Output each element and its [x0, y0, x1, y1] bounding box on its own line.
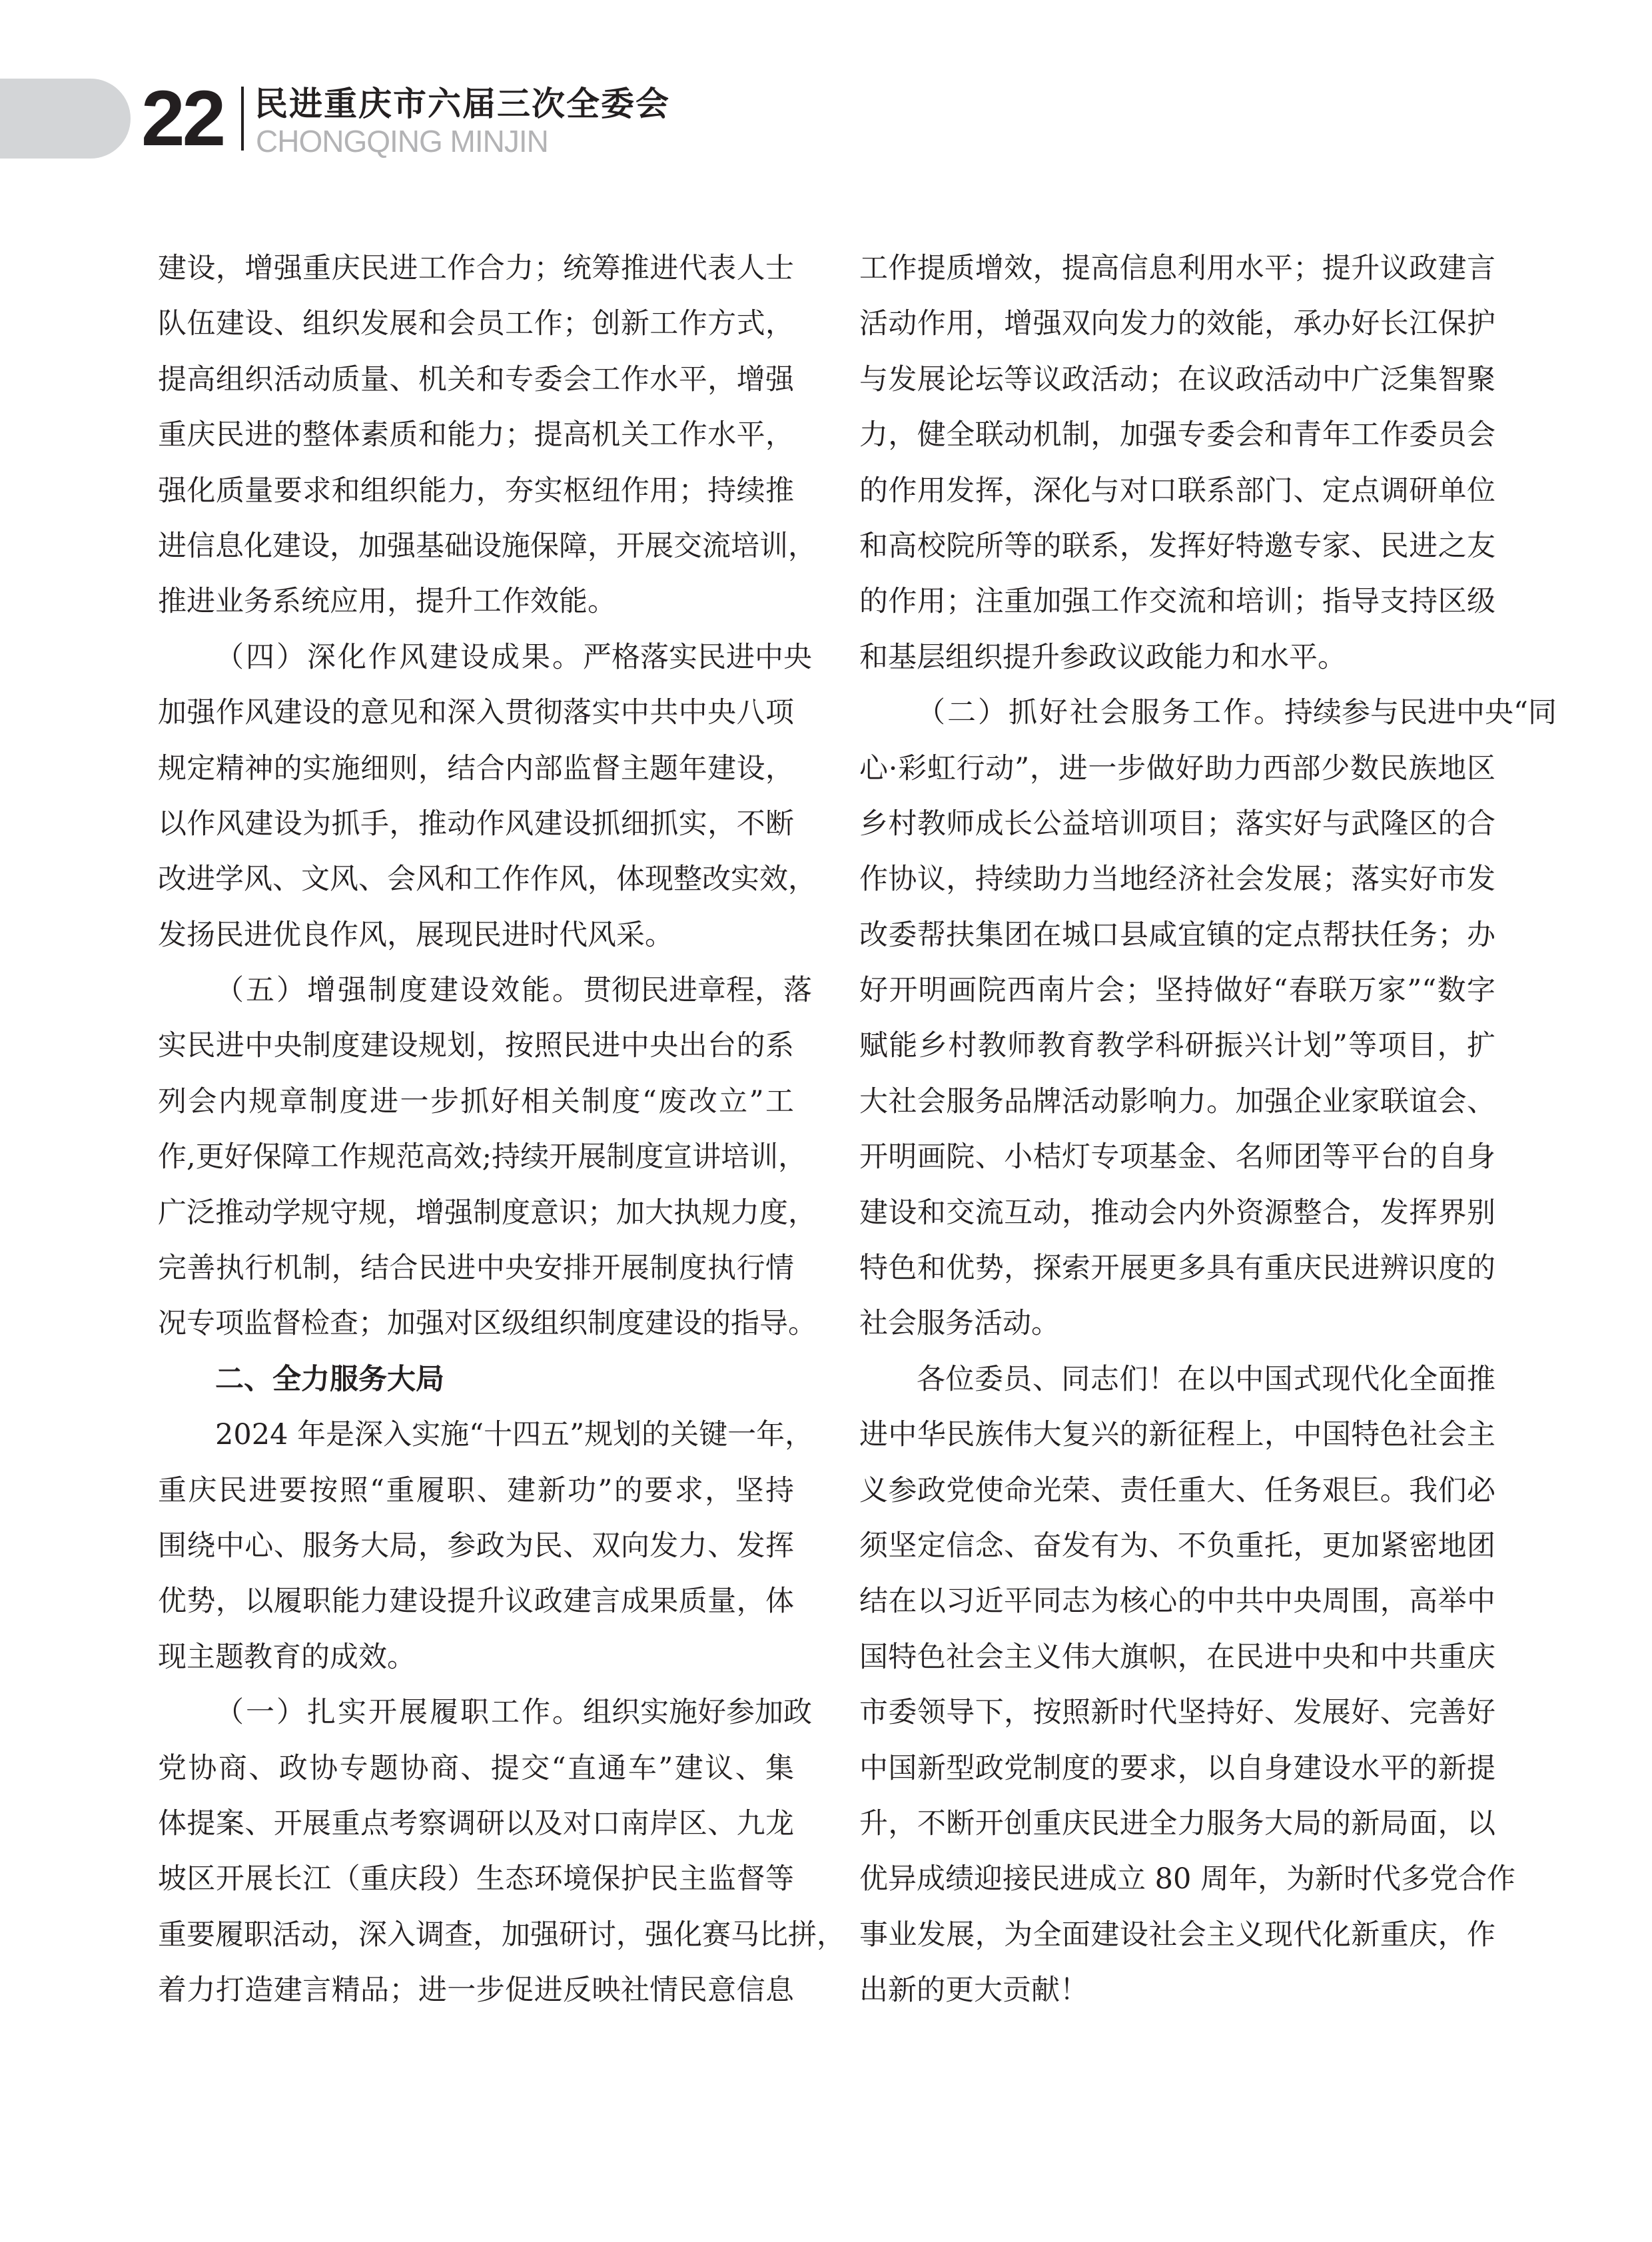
text-line: 出新的更大贡献！	[859, 1963, 1495, 2018]
text-line: 现主题教育的成效。	[158, 1630, 794, 1685]
text-line: 大社会服务品牌活动影响力。加强企业家联谊会、	[859, 1074, 1495, 1130]
line-text: 优异成绩迎接民进成立 80 周年，为新时代多党合作	[859, 1862, 1515, 1896]
line-text: 发扬民进优良作风，展现民进时代风采。	[158, 919, 673, 952]
line-text: 的作用发挥，深化与对口联系部门、定点调研单位	[859, 474, 1495, 508]
text-line: 完善执行机制，结合民进中央安排开展制度执行情	[158, 1241, 794, 1296]
line-text: 进中华民族伟大复兴的新征程上，中国特色社会主	[859, 1418, 1495, 1451]
line-text: 义参政党使命光荣、责任重大、任务艰巨。我们必	[859, 1474, 1495, 1507]
text-line: 围绕中心、服务大局，参政为民、双向发力、发挥	[158, 1519, 794, 1574]
line-text: 赋能乡村教师教育教学科研振兴计划”等项目，扩	[859, 1029, 1495, 1062]
line-text: 组织实施好参加政	[583, 1696, 812, 1729]
line-text: 体提案、开展重点考察调研以及对口南岸区、九龙	[158, 1807, 794, 1840]
section-heading: 二、全力服务大局	[158, 1352, 794, 1407]
line-text: 围绕中心、服务大局，参政为民、双向发力、发挥	[158, 1529, 794, 1563]
line-text: 贯彻民进章程，落	[583, 974, 812, 1007]
text-line: 作,更好保障工作规范高效;持续开展制度宣讲培训，	[158, 1130, 794, 1185]
text-line: 强化质量要求和组织能力，夯实枢纽作用；持续推	[158, 464, 794, 519]
text-line: 升，不断开创重庆民进全力服务大局的新局面，以	[859, 1796, 1495, 1852]
line-text: 力，健全联动机制，加强专委会和青年工作委员会	[859, 418, 1495, 452]
text-line: 优势，以履职能力建设提升议政建言成果质量，体	[158, 1574, 794, 1629]
line-text: 优势，以履职能力建设提升议政建言成果质量，体	[158, 1585, 794, 1618]
text-line: 赋能乡村教师教育教学科研振兴计划”等项目，扩	[859, 1018, 1495, 1074]
text-line: 开明画院、小桔灯专项基金、名师团等平台的自身	[859, 1130, 1495, 1185]
text-line: 特色和优势，探索开展更多具有重庆民进辨识度的	[859, 1241, 1495, 1296]
page-tab-decoration	[0, 79, 131, 159]
text-line: 国特色社会主义伟大旗帜，在民进中央和中共重庆	[859, 1630, 1495, 1685]
text-line: 力，健全联动机制，加强专委会和青年工作委员会	[859, 408, 1495, 463]
line-text: 事业发展，为全面建设社会主义现代化新重庆，作	[859, 1918, 1495, 1952]
text-line: 党协商、政协专题协商、提交“直通车”建议、集	[158, 1741, 794, 1796]
text-line: 着力打造建言精品；进一步促进反映社情民意信息	[158, 1963, 794, 2018]
subsection-title: （五）增强制度建设效能。	[215, 974, 583, 1007]
text-line: 市委领导下，按照新时代坚持好、发展好、完善好	[859, 1685, 1495, 1740]
line-text: 重要履职活动，深入调查，加强研讨，强化赛马比拼，	[158, 1918, 845, 1952]
text-line: 发扬民进优良作风，展现民进时代风采。	[158, 908, 794, 963]
text-line: 队伍建设、组织发展和会员工作；创新工作方式，	[158, 296, 794, 352]
line-text: 提高组织活动质量、机关和专委会工作水平，增强	[158, 363, 794, 396]
text-line: （四）深化作风建设成果。严格落实民进中央	[158, 630, 794, 685]
text-line: 中国新型政党制度的要求，以自身建设水平的新提	[859, 1741, 1495, 1796]
text-line: （二）抓好社会服务工作。持续参与民进中央“同	[859, 685, 1495, 741]
line-text: 改进学风、文风、会风和工作作风，体现整改实效，	[158, 863, 817, 896]
text-line: 与发展论坛等议政活动；在议政活动中广泛集智聚	[859, 352, 1495, 408]
line-text: 建设和交流互动，推动会内外资源整合，发挥界别	[859, 1196, 1495, 1230]
text-line: 规定精神的实施细则，结合内部监督主题年建设，	[158, 741, 794, 797]
line-text: 完善执行机制，结合民进中央安排开展制度执行情	[158, 1252, 794, 1285]
text-line: 加强作风建设的意见和深入贯彻落实中共中央八项	[158, 685, 794, 741]
text-line: 和基层组织提升参政议政能力和水平。	[859, 630, 1495, 685]
line-text: 心·彩虹行动”，进一步做好助力西部少数民族地区	[859, 752, 1495, 785]
subsection-title: （四）深化作风建设成果。	[215, 641, 583, 674]
text-line: 建设和交流互动，推动会内外资源整合，发挥界别	[859, 1186, 1495, 1241]
line-text: 进信息化建设，加强基础设施保障，开展交流培训，	[158, 530, 817, 563]
text-line: 社会服务活动。	[859, 1296, 1495, 1351]
line-text: 出新的更大贡献！	[859, 1974, 1088, 2007]
text-line: 事业发展，为全面建设社会主义现代化新重庆，作	[859, 1908, 1495, 1963]
magazine-section-title: 民进重庆市六届三次全委会	[254, 84, 670, 124]
text-line: 重要履职活动，深入调查，加强研讨，强化赛马比拼，	[158, 1908, 794, 1963]
line-text: 各位委员、同志们！在以中国式现代化全面推	[917, 1363, 1495, 1396]
line-text: 二、全力服务大局	[215, 1363, 444, 1396]
line-text: 特色和优势，探索开展更多具有重庆民进辨识度的	[859, 1252, 1495, 1285]
line-text: 推进业务系统应用，提升工作效能。	[158, 585, 616, 618]
text-line: 建设，增强重庆民进工作合力；统筹推进代表人士	[158, 241, 794, 296]
text-line: 坡区开展长江（重庆段）生态环境保护民主监督等	[158, 1852, 794, 1907]
text-line: 以作风建设为抓手，推动作风建设抓细抓实，不断	[158, 797, 794, 852]
line-text: 开明画院、小桔灯专项基金、名师团等平台的自身	[859, 1140, 1495, 1174]
text-line: 和高校院所等的联系，发挥好特邀专家、民进之友	[859, 519, 1495, 574]
line-text: 须坚定信念、奋发有为、不负重托，更加紧密地团	[859, 1529, 1495, 1563]
line-text: 作,更好保障工作规范高效;持续开展制度宣讲培训，	[158, 1140, 807, 1174]
text-line: 改进学风、文风、会风和工作作风，体现整改实效，	[158, 852, 794, 907]
line-text: 强化质量要求和组织能力，夯实枢纽作用；持续推	[158, 474, 794, 508]
text-line: 实民进中央制度建设规划，按照民进中央出台的系	[158, 1018, 794, 1074]
text-line: 列会内规章制度进一步抓好相关制度“废改立”工	[158, 1074, 794, 1130]
text-line: 活动作用，增强双向发力的效能，承办好长江保护	[859, 296, 1495, 352]
line-text: 现主题教育的成效。	[158, 1641, 416, 1674]
line-text: 乡村教师成长公益培训项目；落实好与武隆区的合	[859, 807, 1495, 841]
line-text: 坡区开展长江（重庆段）生态环境保护民主监督等	[158, 1862, 794, 1896]
line-text: 结在以习近平同志为核心的中共中央周围，高举中	[859, 1585, 1495, 1618]
line-text: 和基层组织提升参政议政能力和水平。	[859, 641, 1346, 674]
page-number: 22	[141, 79, 223, 159]
line-text: 与发展论坛等议政活动；在议政活动中广泛集智聚	[859, 363, 1495, 396]
right-column: 工作提质增效，提高信息利用水平；提升议政建言活动作用，增强双向发力的效能，承办好…	[859, 241, 1495, 2019]
line-text: 升，不断开创重庆民进全力服务大局的新局面，以	[859, 1807, 1495, 1840]
header-divider	[241, 87, 244, 151]
text-line: 重庆民进要按照“重履职、建新功”的要求，坚持	[158, 1463, 794, 1519]
line-text: 重庆民进要按照“重履职、建新功”的要求，坚持	[158, 1474, 794, 1507]
line-text: 规定精神的实施细则，结合内部监督主题年建设，	[158, 752, 794, 785]
magazine-subtitle: CHONGQING MINJIN	[256, 125, 548, 157]
line-text: 列会内规章制度进一步抓好相关制度“废改立”工	[158, 1085, 794, 1118]
line-text: 作协议，持续助力当地经济社会发展；落实好市发	[859, 863, 1495, 896]
text-line: 况专项监督检查；加强对区级组织制度建设的指导。	[158, 1296, 794, 1351]
text-line: 2024 年是深入实施“十四五”规划的关键一年，	[158, 1407, 794, 1463]
line-text: 持续参与民进中央“同	[1284, 696, 1557, 729]
line-text: 和高校院所等的联系，发挥好特邀专家、民进之友	[859, 530, 1495, 563]
text-line: 好开明画院西南片会；坚持做好“春联万家”“数字	[859, 963, 1495, 1018]
text-line: 推进业务系统应用，提升工作效能。	[158, 574, 794, 629]
line-text: 实民进中央制度建设规划，按照民进中央出台的系	[158, 1029, 794, 1062]
text-line: 作协议，持续助力当地经济社会发展；落实好市发	[859, 852, 1495, 907]
line-text: 加强作风建设的意见和深入贯彻落实中共中央八项	[158, 696, 794, 729]
text-line: 进中华民族伟大复兴的新征程上，中国特色社会主	[859, 1407, 1495, 1463]
text-line: （一）扎实开展履职工作。组织实施好参加政	[158, 1685, 794, 1740]
line-text: 的作用；注重加强工作交流和培训；指导支持区级	[859, 585, 1495, 618]
line-text: 2024 年是深入实施“十四五”规划的关键一年，	[215, 1418, 813, 1451]
subsection-title: （一）扎实开展履职工作。	[215, 1696, 583, 1729]
line-text: 队伍建设、组织发展和会员工作；创新工作方式，	[158, 307, 794, 340]
text-line: 进信息化建设，加强基础设施保障，开展交流培训，	[158, 519, 794, 574]
subsection-title: （二）抓好社会服务工作。	[917, 696, 1284, 729]
line-text: 以作风建设为抓手，推动作风建设抓细抓实，不断	[158, 807, 794, 841]
line-text: 严格落实民进中央	[583, 641, 812, 674]
text-line: 改委帮扶集团在城口县咸宜镇的定点帮扶任务；办	[859, 908, 1495, 963]
text-line: 优异成绩迎接民进成立 80 周年，为新时代多党合作	[859, 1852, 1495, 1907]
text-line: 重庆民进的整体素质和能力；提高机关工作水平，	[158, 408, 794, 463]
line-text: 市委领导下，按照新时代坚持好、发展好、完善好	[859, 1696, 1495, 1729]
text-line: 的作用；注重加强工作交流和培训；指导支持区级	[859, 574, 1495, 629]
line-text: 建设，增强重庆民进工作合力；统筹推进代表人士	[158, 252, 794, 285]
line-text: 工作提质增效，提高信息利用水平；提升议政建言	[859, 252, 1495, 285]
line-text: 中国新型政党制度的要求，以自身建设水平的新提	[859, 1752, 1495, 1785]
left-column: 建设，增强重庆民进工作合力；统筹推进代表人士队伍建设、组织发展和会员工作；创新工…	[158, 241, 794, 2019]
text-line: 结在以习近平同志为核心的中共中央周围，高举中	[859, 1574, 1495, 1629]
text-line: 提高组织活动质量、机关和专委会工作水平，增强	[158, 352, 794, 408]
line-text: 党协商、政协专题协商、提交“直通车”建议、集	[158, 1752, 794, 1785]
text-line: 乡村教师成长公益培训项目；落实好与武隆区的合	[859, 797, 1495, 852]
line-text: 着力打造建言精品；进一步促进反映社情民意信息	[158, 1974, 794, 2007]
text-line: （五）增强制度建设效能。贯彻民进章程，落	[158, 963, 794, 1018]
text-line: 体提案、开展重点考察调研以及对口南岸区、九龙	[158, 1796, 794, 1852]
text-line: 工作提质增效，提高信息利用水平；提升议政建言	[859, 241, 1495, 296]
line-text: 重庆民进的整体素质和能力；提高机关工作水平，	[158, 418, 794, 452]
text-line: 各位委员、同志们！在以中国式现代化全面推	[859, 1352, 1495, 1407]
line-text: 好开明画院西南片会；坚持做好“春联万家”“数字	[859, 974, 1495, 1007]
text-line: 的作用发挥，深化与对口联系部门、定点调研单位	[859, 464, 1495, 519]
text-line: 心·彩虹行动”，进一步做好助力西部少数民族地区	[859, 741, 1495, 797]
text-line: 广泛推动学规守规，增强制度意识；加大执规力度，	[158, 1186, 794, 1241]
line-text: 况专项监督检查；加强对区级组织制度建设的指导。	[158, 1307, 817, 1340]
line-text: 改委帮扶集团在城口县咸宜镇的定点帮扶任务；办	[859, 919, 1495, 952]
line-text: 国特色社会主义伟大旗帜，在民进中央和中共重庆	[859, 1641, 1495, 1674]
line-text: 广泛推动学规守规，增强制度意识；加大执规力度，	[158, 1196, 817, 1230]
text-line: 须坚定信念、奋发有为、不负重托，更加紧密地团	[859, 1519, 1495, 1574]
text-line: 义参政党使命光荣、责任重大、任务艰巨。我们必	[859, 1463, 1495, 1519]
line-text: 社会服务活动。	[859, 1307, 1060, 1340]
line-text: 大社会服务品牌活动影响力。加强企业家联谊会、	[859, 1085, 1495, 1118]
line-text: 活动作用，增强双向发力的效能，承办好长江保护	[859, 307, 1495, 340]
